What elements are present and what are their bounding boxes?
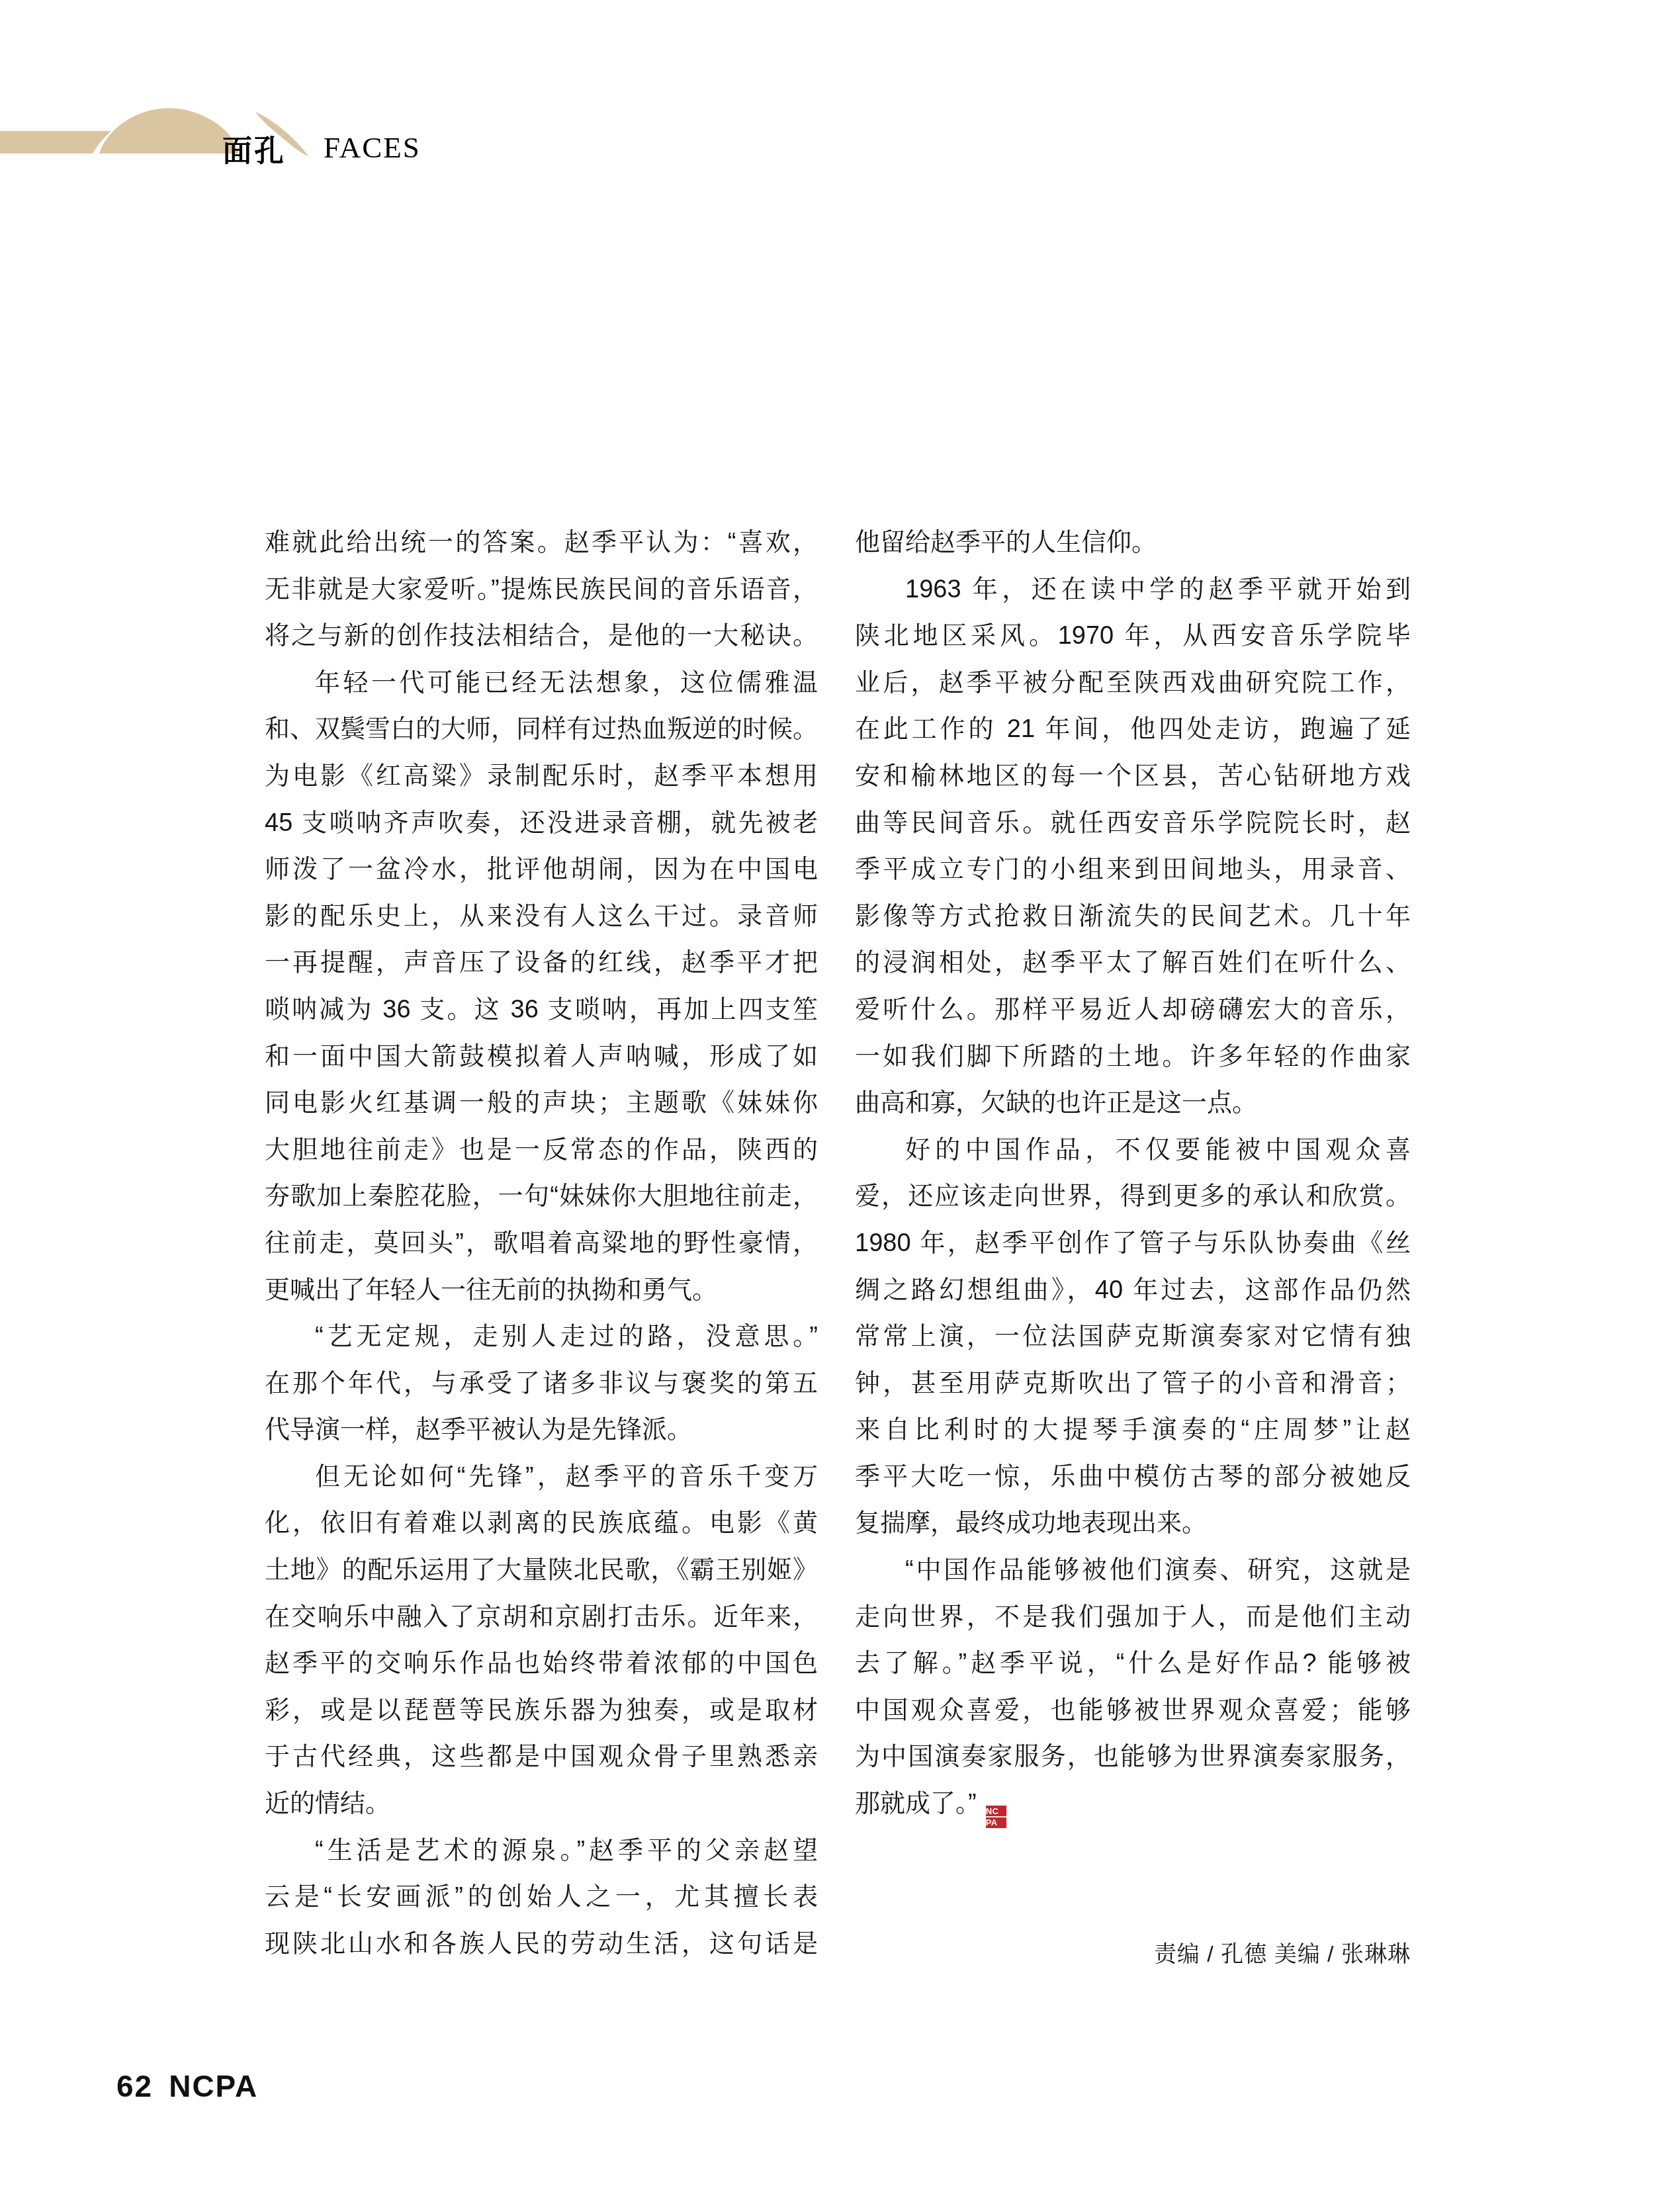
section-title-en: FACES [324, 130, 421, 165]
text-line: 师泼了一盆冷水，批评他胡闹，因为在中国电 [265, 846, 818, 893]
text-line: 近的情结。 [265, 1780, 818, 1827]
text-line: 钟，甚至用萨克斯吹出了管子的小音和滑音； [855, 1360, 1411, 1407]
text-line: 无非就是大家爱听。”提炼民族民间的音乐语音， [265, 566, 818, 613]
editor-credit-line: 责编 / 孔德 美编 / 张琳琳 [855, 1936, 1411, 1968]
text-line: 难就此给出统一的答案。赵季平认为：“喜欢， [265, 519, 818, 566]
text-line: 45 支唢呐齐声吹奏，还没进录音棚，就先被老 [265, 800, 818, 847]
text-line: 常常上演，一位法国萨克斯演奏家对它情有独 [855, 1313, 1411, 1360]
text-line: 走向世界，不是我们强加于人，而是他们主动 [855, 1594, 1411, 1641]
text-line: 彩，或是以琵琶等民族乐器为独奏，或是取材 [265, 1687, 818, 1734]
text-line: 土地》的配乐运用了大量陕北民歌，《霸王别姬》 [265, 1547, 818, 1594]
header-bar-shape [0, 131, 111, 153]
text-line: 代导演一样，赵季平被认为是先锋派。 [265, 1407, 818, 1454]
right-column: 他留给赵季平的人生信仰。1963 年，还在读中学的赵季平就开始到陕北地区采风。1… [855, 519, 1411, 1827]
text-line: “中国作品能够被他们演奏、研究，这就是 [855, 1547, 1411, 1594]
text-line: 一如我们脚下所踏的土地。许多年轻的作曲家 [855, 1033, 1411, 1080]
text-line: 将之与新的创作技法相结合，是他的一大秘诀。 [265, 613, 818, 660]
text-line: 爱听什么。那样平易近人却磅礴宏大的音乐， [855, 986, 1411, 1033]
text-line: 云是“长安画派”的创始人之一，尤其擅长表 [265, 1874, 818, 1921]
text-line: 曲高和寡，欠缺的也许正是这一点。 [855, 1080, 1411, 1127]
page-number: 62 [116, 2068, 153, 2104]
ncpa-stamp-icon: NCPA [986, 1806, 1006, 1828]
magazine-brand: NCPA [169, 2068, 258, 2104]
page-footer: 62 NCPA [116, 2068, 258, 2104]
text-line: 1963 年，还在读中学的赵季平就开始到 [855, 566, 1411, 613]
text-line: 现陕北山水和各族人民的劳动生活，这句话是 [265, 1921, 818, 1968]
text-line: 复揣摩，最终成功地表现出来。 [855, 1500, 1411, 1547]
text-line: 绸之路幻想组曲》，40 年过去，这部作品仍然 [855, 1267, 1411, 1314]
text-line: 和一面中国大箭鼓模拟着人声呐喊，形成了如 [265, 1033, 818, 1080]
text-line: 为电影《红高粱》录制配乐时，赵季平本想用 [265, 753, 818, 800]
text-line: 在那个年代，与承受了诸多非议与褒奖的第五 [265, 1360, 818, 1407]
text-line: 唢呐减为 36 支。这 36 支唢呐，再加上四支笙 [265, 986, 818, 1033]
text-line: 安和榆林地区的每一个区县，苦心钻研地方戏 [855, 753, 1411, 800]
text-line: 大胆地往前走》也是一反常态的作品，陕西的 [265, 1127, 818, 1174]
text-line: 一再提醒，声音压了设备的红线，赵季平才把 [265, 940, 818, 986]
text-line: 那就成了。”NCPA [855, 1780, 1411, 1827]
text-line: 的浸润相处，赵季平太了解百姓们在听什么、 [855, 940, 1411, 986]
text-line: “艺无定规，走别人走过的路，没意思。” [265, 1313, 818, 1360]
text-line: 更喊出了年轻人一往无前的执拗和勇气。 [265, 1267, 818, 1314]
text-line: 中国观众喜爱，也能够被世界观众喜爱；能够 [855, 1687, 1411, 1734]
text-line: 好的中国作品，不仅要能被中国观众喜 [855, 1127, 1411, 1174]
text-line: “生活是艺术的源泉。”赵季平的父亲赵望 [265, 1827, 818, 1874]
text-line: 于古代经典，这些都是中国观众骨子里熟悉亲 [265, 1733, 818, 1780]
header-dome-shape [99, 109, 238, 153]
text-line: 在此工作的 21 年间，他四处走访，跑遍了延 [855, 706, 1411, 753]
text-line: 他留给赵季平的人生信仰。 [855, 519, 1411, 566]
text-line: 和、双鬓雪白的大师，同样有过热血叛逆的时候。 [265, 706, 818, 753]
text-line: 来自比利时的大提琴手演奏的“庄周梦”让赵 [855, 1407, 1411, 1454]
text-line: 业后，赵季平被分配至陕西戏曲研究院工作， [855, 660, 1411, 707]
text-line: 爱，还应该走向世界，得到更多的承认和欣赏。 [855, 1173, 1411, 1220]
text-line: 1980 年，赵季平创作了管子与乐队协奏曲《丝 [855, 1220, 1411, 1267]
text-line: 季平成立专门的小组来到田间地头，用录音、 [855, 846, 1411, 893]
text-line: 为中国演奏家服务，也能够为世界演奏家服务， [855, 1733, 1411, 1780]
text-line: 陕北地区采风。1970 年，从西安音乐学院毕 [855, 613, 1411, 660]
section-title-zh: 面孔 [222, 127, 286, 170]
text-line: 在交响乐中融入了京胡和京剧打击乐。近年来， [265, 1594, 818, 1641]
text-line: 曲等民间音乐。就任西安音乐学院院长时，赵 [855, 800, 1411, 847]
text-line: 同电影火红基调一般的声块；主题歌《妹妹你 [265, 1080, 818, 1127]
text-line: 赵季平的交响乐作品也始终带着浓郁的中国色 [265, 1640, 818, 1687]
text-line: 年轻一代可能已经无法想象，这位儒雅温 [265, 660, 818, 707]
text-line: 影像等方式抢救日渐流失的民间艺术。几十年 [855, 893, 1411, 940]
text-line: 夯歌加上秦腔花脸，一句“妹妹你大胆地往前走， [265, 1173, 818, 1220]
text-line: 影的配乐史上，从来没有人这么干过。录音师 [265, 893, 818, 940]
left-column: 难就此给出统一的答案。赵季平认为：“喜欢，无非就是大家爱听。”提炼民族民间的音乐… [265, 519, 818, 1967]
text-line: 化，依旧有着难以剥离的民族底蕴。电影《黄 [265, 1500, 818, 1547]
text-line: 但无论如何“先锋”，赵季平的音乐千变万 [265, 1454, 818, 1501]
text-line: 往前走，莫回头”，歌唱着高粱地的野性豪情， [265, 1220, 818, 1267]
text-line: 去了解。”赵季平说，“什么是好作品? 能够被 [855, 1640, 1411, 1687]
text-line: 季平大吃一惊，乐曲中模仿古琴的部分被她反 [855, 1454, 1411, 1501]
